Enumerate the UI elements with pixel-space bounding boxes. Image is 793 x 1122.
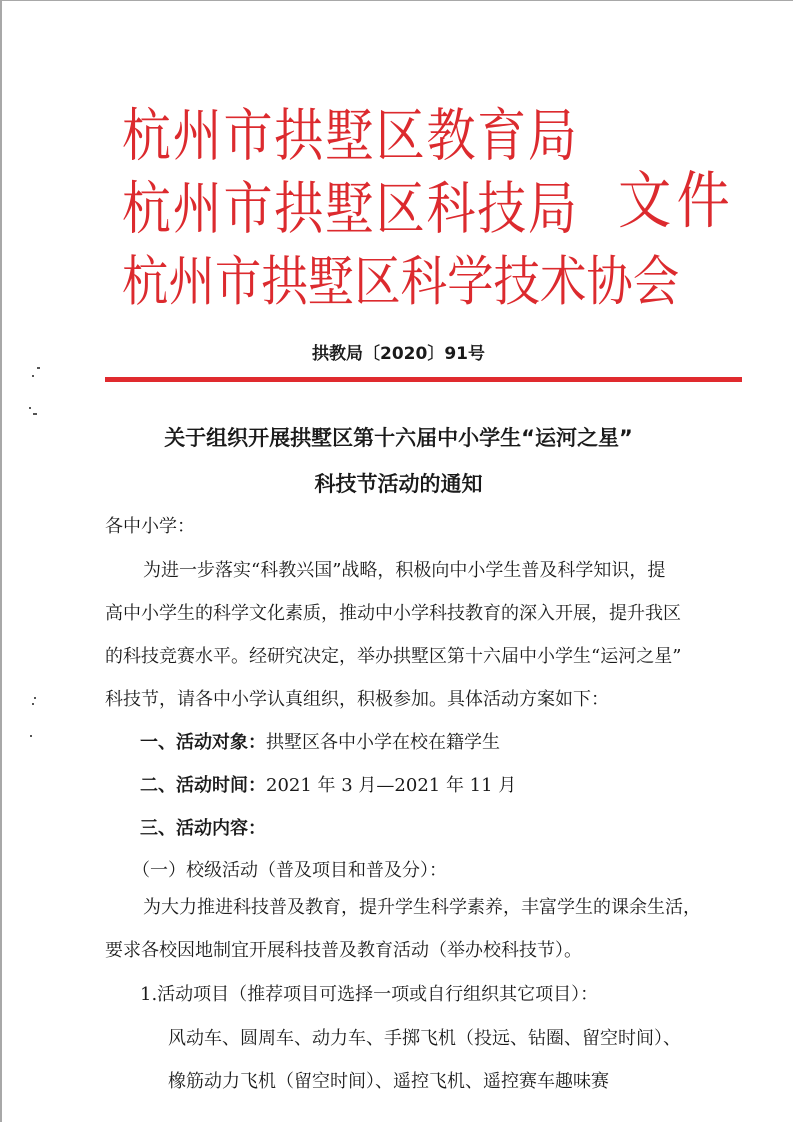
scan-speck <box>37 367 40 369</box>
project-list-line-1: 风动车、圆周车、动力车、手掷飞机（投远、钻圈、留空时间）、 <box>168 1026 681 1052</box>
scan-speck <box>30 735 32 737</box>
scan-speck <box>34 697 36 699</box>
section-text: 拱墅区各中小学在校在籍学生 <box>266 732 500 753</box>
scan-speck <box>32 375 34 377</box>
intro-line-4: 科技节，请各中小学认真组织，积极参加。具体活动方案如下： <box>105 687 609 713</box>
letterhead-line-science-association: 杭州市拱墅区科学技术协会 <box>122 249 679 315</box>
notice-title-line-2: 科技节活动的通知 <box>2 468 793 498</box>
intro-line-1: 为进一步落实“科教兴国”战略，积极向中小学生普及科学知识，提 <box>143 558 665 584</box>
section-heading: 二、活动时间： <box>140 775 266 796</box>
intro-line-2: 高中小学生的科学文化素质，推动中小学科技教育的深入开展，提升我区 <box>105 601 681 627</box>
scan-speck <box>29 407 31 409</box>
section-content: 三、活动内容： <box>140 816 266 842</box>
salutation: 各中小学： <box>105 514 195 540</box>
letterhead-line-education-bureau: 杭州市拱墅区教育局 <box>122 101 579 171</box>
item-activity-projects: 1.活动项目（推荐项目可选择一项或自行组织其它项目）： <box>140 982 598 1008</box>
subsection-school-activities: （一）校级活动（普及项目和普及分）： <box>132 858 447 884</box>
section-target: 一、活动对象：拱墅区各中小学在校在籍学生 <box>140 730 500 756</box>
document-number: 拱教局〔2020〕91号 <box>2 339 793 364</box>
scan-speck <box>32 703 34 705</box>
project-list-line-2: 橡筋动力飞机（留空时间）、遥控飞机、遥控赛车趣味赛 <box>168 1069 609 1095</box>
letterhead-suffix-wenjian: 文件 <box>618 156 735 246</box>
notice-title-line-1: 关于组织开展拱墅区第十六届中小学生“运河之星” <box>2 422 793 452</box>
sub-para-line-1: 为大力推进科技普及教育，提升学生科学素养，丰富学生的课余生活， <box>143 895 701 921</box>
scan-speck <box>33 413 37 415</box>
section-text: 2021 年 3 月—2021 年 11 月 <box>266 775 516 796</box>
section-heading: 三、活动内容： <box>140 818 266 839</box>
red-divider-rule <box>105 377 742 382</box>
section-time: 二、活动时间：2021 年 3 月—2021 年 11 月 <box>140 773 516 799</box>
section-heading: 一、活动对象： <box>140 732 266 753</box>
letterhead-line-technology-bureau: 杭州市拱墅区科技局 <box>122 174 579 244</box>
intro-line-3: 的科技竞赛水平。经研究决定，举办拱墅区第十六届中小学生“运河之星” <box>105 644 681 670</box>
sub-para-line-2: 要求各校因地制宜开展科技普及教育活动（举办校科技节）。 <box>105 938 582 964</box>
